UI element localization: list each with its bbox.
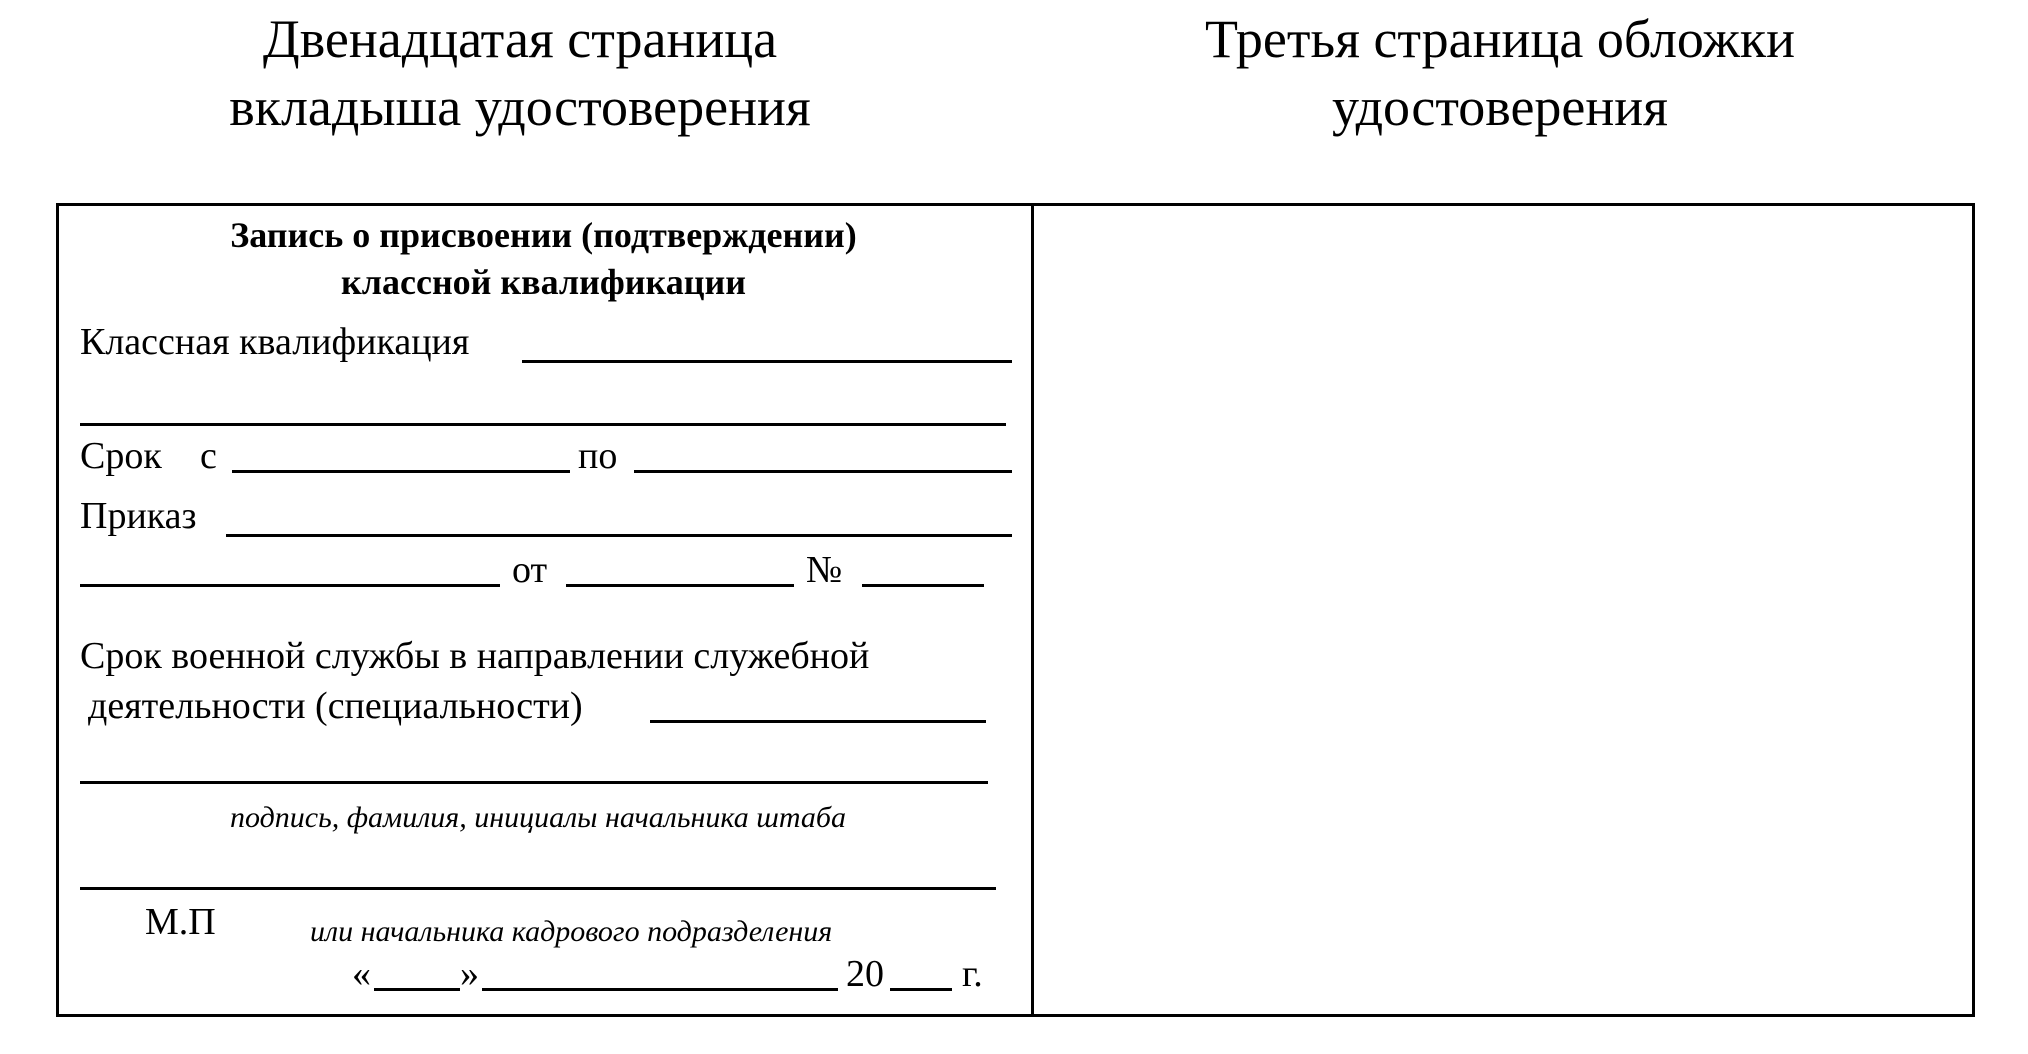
date-month-field[interactable] <box>482 988 838 991</box>
order-number-field[interactable] <box>862 584 984 587</box>
cover-page-three <box>1034 206 1969 1011</box>
form-title-line-2: классной квалификации <box>56 260 1031 304</box>
order-field[interactable] <box>226 534 1012 537</box>
signature-caption: подпись, фамилия, инициалы начальника шт… <box>230 796 846 840</box>
term-label: Срок <box>80 434 162 478</box>
date-open-quote: « <box>352 952 371 996</box>
order-from-label: от <box>512 548 547 592</box>
signature-line[interactable] <box>80 781 988 784</box>
heading-left: Двенадцатая страница вкладыша удостовере… <box>120 5 920 141</box>
order-issuer-field[interactable] <box>80 584 500 587</box>
year-suffix: г. <box>962 952 983 996</box>
form-title-line-1: Запись о присвоении (подтверждении) <box>56 213 1031 257</box>
class-qualification-field-continued[interactable] <box>80 423 1006 426</box>
service-term-label-line-2: деятельности (специальности) <box>88 684 583 728</box>
heading-right-line-2: удостоверения <box>1100 73 1900 141</box>
order-date-field[interactable] <box>566 584 794 587</box>
term-to-label: по <box>578 434 617 478</box>
heading-left-line-2: вкладыша удостоверения <box>120 73 920 141</box>
date-year-field[interactable] <box>890 988 952 991</box>
term-from-field[interactable] <box>232 470 570 473</box>
order-number-label: № <box>806 548 842 592</box>
service-term-label-line-1: Срок военной службы в направлении служеб… <box>80 634 869 678</box>
stamp-label: М.П <box>145 900 216 944</box>
heading-left-line-1: Двенадцатая страница <box>120 5 920 73</box>
date-day-field[interactable] <box>374 988 460 991</box>
service-term-field[interactable] <box>650 720 986 723</box>
term-from-label: с <box>200 434 217 478</box>
signature-line-2[interactable] <box>80 887 996 890</box>
order-label: Приказ <box>80 494 197 538</box>
date-close-quote: » <box>460 952 479 996</box>
class-qualification-field[interactable] <box>522 360 1012 363</box>
signature-caption-2: или начальника кадрового подразделения <box>310 910 832 954</box>
year-prefix: 20 <box>846 952 884 996</box>
term-to-field[interactable] <box>634 470 1012 473</box>
heading-right-line-1: Третья страница обложки <box>1100 5 1900 73</box>
class-qualification-label: Классная квалификация <box>80 320 469 364</box>
heading-right: Третья страница обложки удостоверения <box>1100 5 1900 141</box>
